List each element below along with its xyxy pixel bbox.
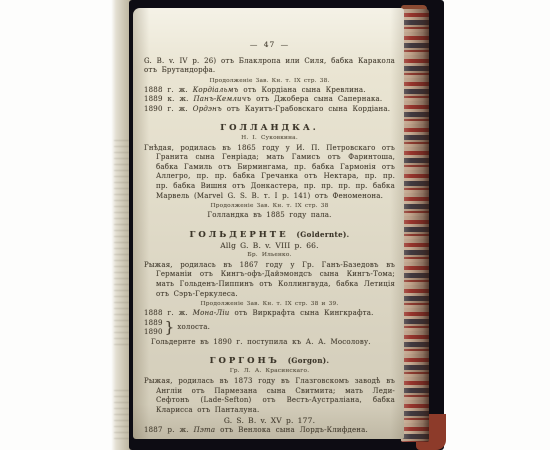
owner-line: Н. І. Суковкина. <box>144 134 395 142</box>
offspring-name: Мона-Ліи <box>193 309 230 317</box>
pedigree-paragraph: Рыжая, родилась въ 1867 году у Гр. Ганъ-… <box>144 261 395 299</box>
pedigree-paragraph: Рыжая, родилась въ 1873 году въ Глазговс… <box>144 377 395 415</box>
page-number: — 47 — <box>144 40 395 50</box>
offspring-name: Кордіальмъ <box>193 86 239 94</box>
stud-book-reference: G. S. B. v. XV p. 177. <box>144 416 395 426</box>
continuation-note: Продолженіе Зав. Кн. т. IX стр. 38. <box>144 77 395 85</box>
offspring-row: 1888 г. ж. Мона-Ліи отъ Виркрафта сына К… <box>144 309 395 319</box>
entry-carryover: G. B. v. IV p. 26) отъ Блаклропа или Сил… <box>144 57 395 115</box>
pedigree-paragraph: Гнѣдая, родилась въ 1865 году у И. П. Пе… <box>144 144 395 202</box>
entry-heading: ГОРГОНЪ (Gorgon). <box>144 355 395 367</box>
offspring-year: 1890 г. ж. <box>144 105 188 113</box>
barren-year: 1890 <box>144 328 163 337</box>
offspring-year: 1888 г. ж. <box>144 309 188 317</box>
offspring-sire: отъ Джобера сына Сапернака. <box>256 95 382 103</box>
fore-edge-stripes <box>401 9 429 442</box>
brace-glyph: } <box>165 323 175 332</box>
offspring-sire: отъ Кордіана сына Кревлина. <box>243 86 365 94</box>
entry-heading: ГОЛЬДЕРНТЕ (Goldernte). <box>144 229 395 241</box>
barren-year: 1889 <box>144 319 163 328</box>
page-text-block: — 47 — G. B. v. IV p. 26) отъ Блаклропа … <box>133 8 404 435</box>
entry-heading-cyrillic: ГОРГОНЪ <box>210 356 280 366</box>
barren-years-group: 1889 1890 } холоста. <box>144 319 395 337</box>
fate-line: Гольдернте въ 1890 г. поступила къ А. А.… <box>144 338 395 348</box>
entry-gorgon: ГОРГОНЪ (Gorgon). Гр. Л. А. Красинскаго.… <box>144 355 395 435</box>
offspring-sire: отъ Кауитъ-Грабовскаго сына Кордіана. <box>227 105 390 113</box>
show-through-smudge <box>114 388 129 440</box>
owner-line: Бр. Ильенко. <box>144 251 395 259</box>
offspring-row: 1887 р. ж. Пэта отъ Венлока сына Лордъ-К… <box>144 426 395 436</box>
fate-line: Голландка въ 1885 году пала. <box>144 211 395 221</box>
entry-gollandka: ГОЛЛАНДКА. Н. І. Суковкина. Гнѣдая, роди… <box>144 123 395 221</box>
entry-heading-cyrillic: ГОЛЬДЕРНТЕ <box>189 230 288 240</box>
continuation-note: Продолженіе Зав. Кн. т. IX стр. 38 и 39. <box>144 300 395 308</box>
entry-heading: ГОЛЛАНДКА. <box>144 123 395 134</box>
show-through-smudge <box>114 138 129 348</box>
offspring-sire: отъ Виркрафта сына Кингкрафта. <box>234 309 373 317</box>
offspring-name: Ордэнъ <box>193 105 222 113</box>
owner-line: Гр. Л. А. Красинскаго. <box>144 367 395 375</box>
pedigree-paragraph: G. B. v. IV p. 26) отъ Блаклропа или Сил… <box>144 57 395 76</box>
barren-label: холоста. <box>177 323 210 332</box>
stud-book-reference: Allg G. B. v. VIII p. 66. <box>144 241 395 251</box>
offspring-year: 1887 р. ж. <box>144 426 189 434</box>
barren-years: 1889 1890 <box>144 319 163 337</box>
offspring-row: 1890 г. ж. Ордэнъ отъ Кауитъ-Грабовскаго… <box>144 105 395 115</box>
entry-goldernte: ГОЛЬДЕРНТЕ (Goldernte). Allg G. B. v. VI… <box>144 229 395 348</box>
offspring-sire: отъ Венлока сына Лордъ-Клифдена. <box>220 426 368 434</box>
offspring-row: 1888 г. ж. Кордіальмъ отъ Кордіана сына … <box>144 86 395 96</box>
book-page: — 47 — G. B. v. IV p. 26) отъ Блаклропа … <box>133 8 404 439</box>
offspring-year: 1888 г. ж. <box>144 86 188 94</box>
offspring-row: 1889 к. ж. Панъ-Кемличъ отъ Джобера сына… <box>144 95 395 105</box>
offspring-name: Пэта <box>194 426 216 434</box>
entry-heading-latin: (Goldernte). <box>297 230 350 239</box>
entry-heading-latin: (Gorgon). <box>288 356 330 365</box>
continuation-note: Продолженіе Зав. Кн. т. IX стр. 38 <box>144 202 395 210</box>
offspring-year: 1889 к. ж. <box>144 95 189 103</box>
offspring-name: Панъ-Кемличъ <box>193 95 251 103</box>
book-photo: — 47 — G. B. v. IV p. 26) отъ Блаклропа … <box>0 0 550 450</box>
